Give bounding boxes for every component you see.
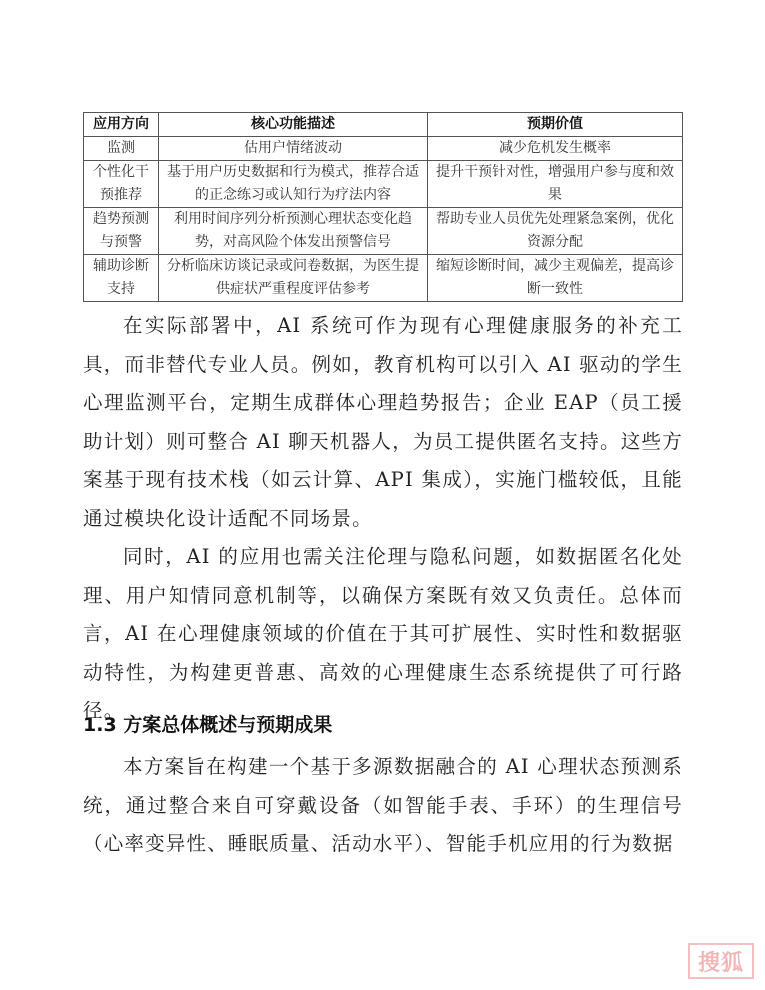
cell-direction: 监测 [84, 137, 159, 161]
section-heading: 1.3 方案总体概述与预期成果 [83, 710, 332, 737]
table-header-row: 应用方向 核心功能描述 预期价值 [84, 113, 683, 137]
cell-function: 分析临床访谈记录或问卷数据，为医生提供症状严重程度评估参考 [159, 255, 428, 302]
cell-direction: 辅助诊断支持 [84, 255, 159, 302]
watermark-stamp: 搜狐 [688, 943, 754, 979]
table-row: 监测 估用户情绪波动 减少危机发生概率 [84, 137, 683, 161]
table-row: 辅助诊断支持 分析临床访谈记录或问卷数据，为医生提供症状严重程度评估参考 缩短诊… [84, 255, 683, 302]
cell-direction: 趋势预测与预警 [84, 208, 159, 255]
cell-function: 利用时间序列分析预测心理状态变化趋势，对高风险个体发出预警信号 [159, 208, 428, 255]
cell-function: 基于用户历史数据和行为模式，推荐合适的正念练习或认知行为疗法内容 [159, 161, 428, 208]
cell-function: 估用户情绪波动 [159, 137, 428, 161]
cell-value: 提升干预针对性，增强用户参与度和效果 [428, 161, 683, 208]
cell-value: 缩短诊断时间，减少主观偏差，提高诊断一致性 [428, 255, 683, 302]
application-table: 应用方向 核心功能描述 预期价值 监测 估用户情绪波动 减少危机发生概率 个性化… [83, 112, 683, 302]
paragraph-overview: 本方案旨在构建一个基于多源数据融合的 AI 心理状态预测系统，通过整合来自可穿戴… [83, 748, 683, 864]
header-function: 核心功能描述 [159, 113, 428, 137]
table-row: 趋势预测与预警 利用时间序列分析预测心理状态变化趋势，对高风险个体发出预警信号 … [84, 208, 683, 255]
header-direction: 应用方向 [84, 113, 159, 137]
paragraph-deployment: 在实际部署中，AI 系统可作为现有心理健康服务的补充工具，而非替代专业人员。例如… [83, 307, 683, 538]
table-row: 个性化干预推荐 基于用户历史数据和行为模式，推荐合适的正念练习或认知行为疗法内容… [84, 161, 683, 208]
paragraph-ethics: 同时，AI 的应用也需关注伦理与隐私问题，如数据匿名化处理、用户知情同意机制等，… [83, 538, 683, 731]
header-value: 预期价值 [428, 113, 683, 137]
body-text-2: 本方案旨在构建一个基于多源数据融合的 AI 心理状态预测系统，通过整合来自可穿戴… [83, 748, 683, 864]
body-text-1: 在实际部署中，AI 系统可作为现有心理健康服务的补充工具，而非替代专业人员。例如… [83, 307, 683, 731]
cell-direction: 个性化干预推荐 [84, 161, 159, 208]
cell-value: 帮助专业人员优先处理紧急案例，优化资源分配 [428, 208, 683, 255]
cell-value: 减少危机发生概率 [428, 137, 683, 161]
